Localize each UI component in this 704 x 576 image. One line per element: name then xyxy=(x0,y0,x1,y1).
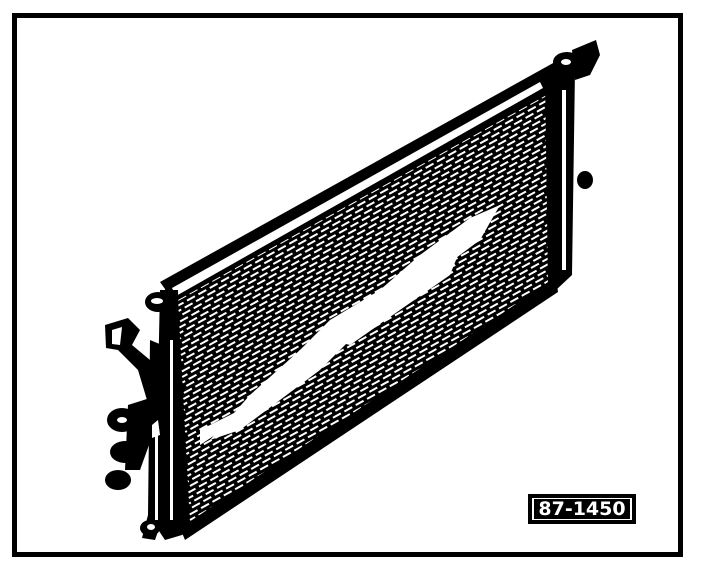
figure-number: 87-1450 xyxy=(534,499,629,519)
radiator-illustration xyxy=(0,0,704,576)
figure-number-badge: 87-1450 xyxy=(528,494,636,524)
right-tank xyxy=(545,60,575,290)
fitting-lower xyxy=(105,470,131,490)
